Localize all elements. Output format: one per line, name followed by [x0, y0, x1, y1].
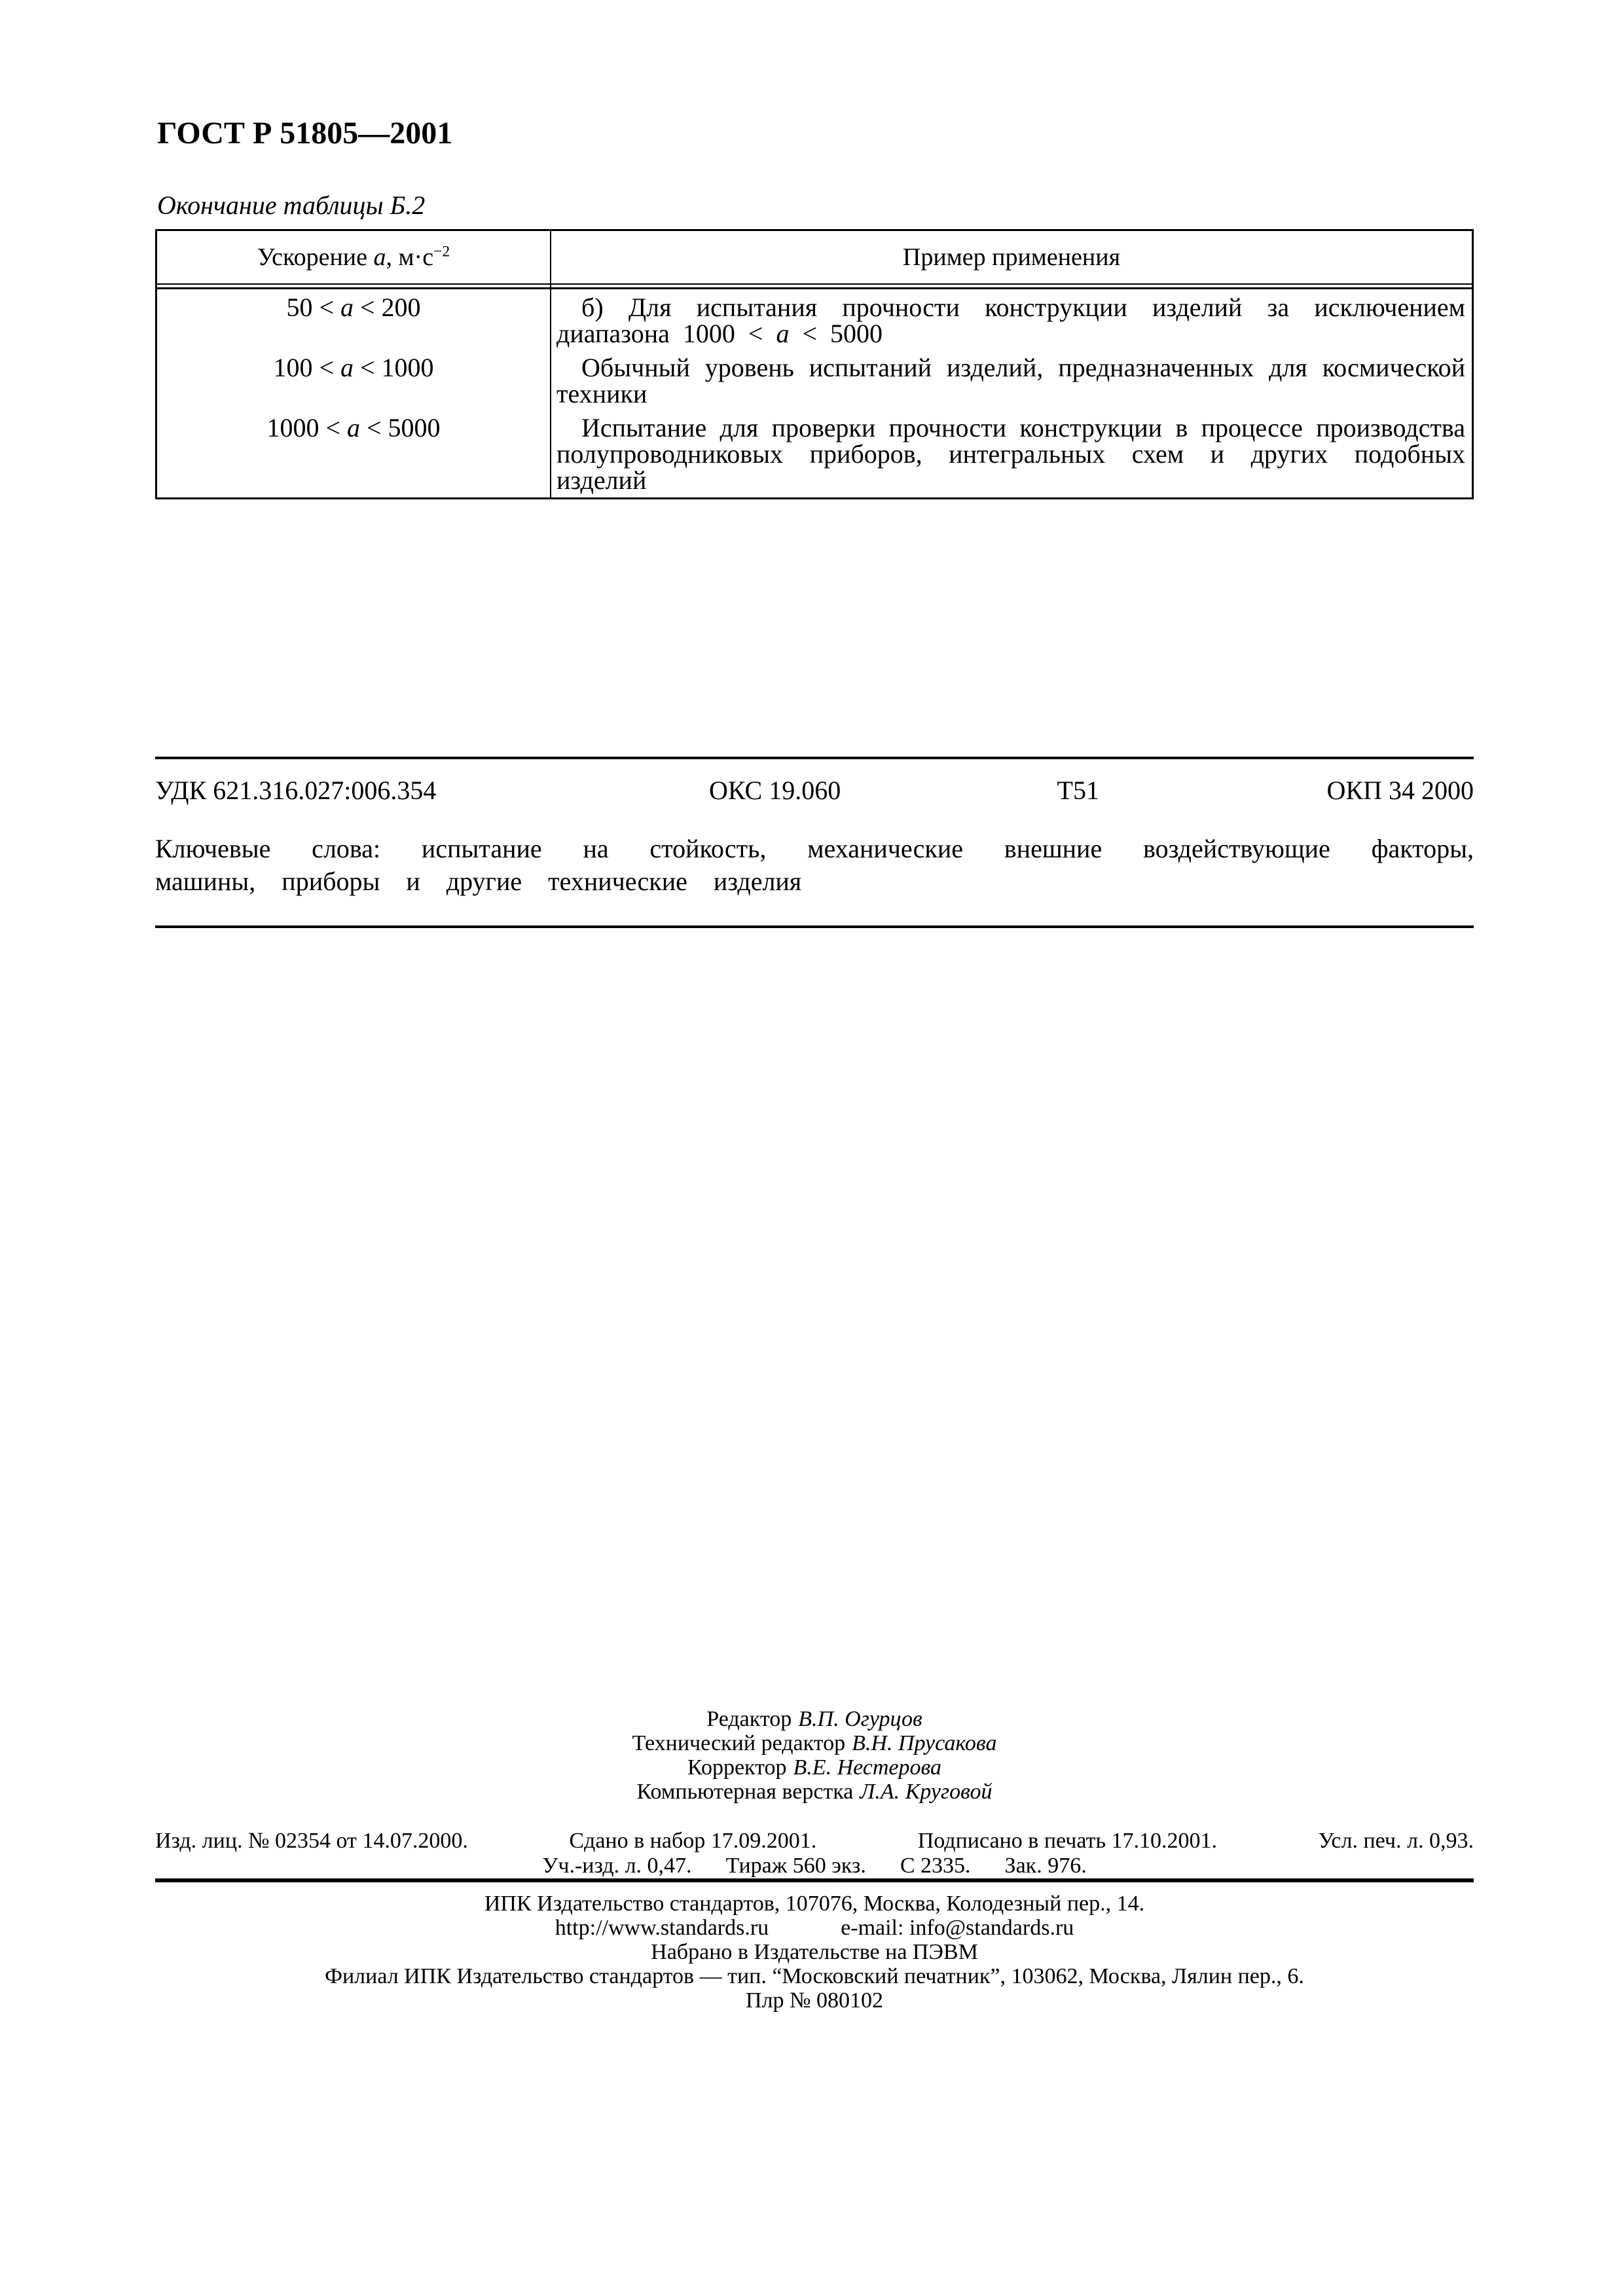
- publisher-address: ИПК Издательство стандартов, 107076, Мос…: [155, 1892, 1474, 1916]
- divider-line: [155, 757, 1474, 759]
- publisher-url: http://www.standards.ru: [555, 1916, 769, 1940]
- divider-line-thick: [155, 1878, 1474, 1882]
- header-double-rule: [157, 283, 1472, 289]
- credit-line: Компьютерная версткаЛ.А. Круговой: [155, 1780, 1474, 1804]
- credit-role: Технический редактор: [632, 1731, 846, 1755]
- table-caption: Окончание таблицы Б.2: [157, 190, 425, 221]
- publisher-branch: Филиал ИПК Издательство стандартов — тип…: [155, 1964, 1474, 1988]
- imprint-circulation: Тираж 560 экз.: [726, 1854, 866, 1878]
- credit-name: В.П. Огурцов: [798, 1707, 922, 1731]
- publisher-typeset-note: Набрано в Издательстве на ПЭВМ: [155, 1940, 1474, 1964]
- publisher-contacts: http://www.standards.ru e-mail: info@sta…: [155, 1916, 1474, 1940]
- credit-line: РедакторВ.П. Огурцов: [155, 1707, 1474, 1731]
- okp-code: ОКП 34 2000: [1210, 775, 1474, 806]
- classification-codes-row: УДК 621.316.027:006.354 ОКС 19.060 Т51 О…: [155, 775, 1474, 806]
- accel-value: 50 < a < 200: [157, 295, 550, 321]
- oks-code: ОКС 19.060: [604, 775, 947, 806]
- imprint-c-number: С 2335.: [900, 1854, 971, 1878]
- divider-line: [155, 925, 1474, 928]
- accel-header-unit: , м·с: [386, 243, 434, 271]
- accel-header-exponent: −2: [433, 243, 450, 260]
- imprint-pub-sheets: Уч.-изд. л. 0,47.: [542, 1854, 691, 1878]
- credit-line: КорректорВ.Е. Нестерова: [155, 1755, 1474, 1780]
- document-page: ГОСТ Р 51805—2001 Окончание таблицы Б.2 …: [0, 0, 1623, 2296]
- doc-code: ГОСТ Р 51805—2001: [157, 115, 452, 151]
- credit-name: В.Н. Прусакова: [852, 1731, 996, 1755]
- accel-header-text: Ускорение: [257, 243, 374, 271]
- imprint-license: Изд. лиц. № 02354 от 14.07.2000.: [155, 1829, 468, 1854]
- example-column-header: Пример применения: [550, 243, 1472, 272]
- accel-column-header: Ускорение a, м·с−2: [157, 243, 550, 272]
- imprint-order-number: Зак. 976.: [1005, 1854, 1087, 1878]
- credit-role: Компьютерная верстка: [637, 1780, 854, 1804]
- table-header-row: Ускорение a, м·с−2 Пример применения: [157, 231, 1472, 283]
- table-row: 100 < a < 1000 Обычный уровень испытаний…: [157, 355, 1472, 407]
- imprint-line-1: Изд. лиц. № 02354 от 14.07.2000. Сдано в…: [155, 1829, 1474, 1854]
- accel-header-var: a: [374, 243, 386, 271]
- table-inner: Ускорение a, м·с−2 Пример применения 50 …: [157, 231, 1472, 497]
- acceleration-table: Ускорение a, м·с−2 Пример применения 50 …: [155, 229, 1474, 499]
- column-divider-line: [550, 231, 551, 497]
- credit-role: Редактор: [706, 1707, 792, 1731]
- credit-line: Технический редакторВ.Н. Прусакова: [155, 1731, 1474, 1755]
- imprint-typeset-date: Сдано в набор 17.09.2001.: [569, 1829, 816, 1854]
- publisher-plr-number: Плр № 080102: [155, 1988, 1474, 2013]
- example-text: б) Для испытания прочности конструкции и…: [551, 295, 1472, 347]
- example-text: Обычный уровень испытаний изделий, предн…: [551, 355, 1472, 407]
- udk-code: УДК 621.316.027:006.354: [155, 775, 604, 806]
- imprint-print-date: Подписано в печать 17.10.2001.: [918, 1829, 1217, 1854]
- table-row: 50 < a < 200 б) Для испытания прочности …: [157, 295, 1472, 347]
- table-row: 1000 < a < 5000 Испытание для проверки п…: [157, 415, 1472, 493]
- table-body: 50 < a < 200 б) Для испытания прочности …: [157, 289, 1472, 497]
- publisher-block: ИПК Издательство стандартов, 107076, Мос…: [155, 1892, 1474, 2013]
- t-code: Т51: [946, 775, 1210, 806]
- credits-block: РедакторВ.П. Огурцов Технический редакто…: [155, 1707, 1474, 1804]
- credit-name: Л.А. Круговой: [860, 1780, 992, 1804]
- keywords-paragraph: Ключевые слова: испытание на стойкость, …: [155, 833, 1474, 898]
- accel-value: 1000 < a < 5000: [157, 415, 550, 441]
- publisher-email: e-mail: info@standards.ru: [841, 1916, 1074, 1940]
- credit-name: В.Е. Нестерова: [793, 1755, 942, 1780]
- imprint-line-2: Уч.-изд. л. 0,47. Тираж 560 экз. С 2335.…: [155, 1854, 1474, 1878]
- example-text: Испытание для проверки прочности констру…: [551, 415, 1472, 493]
- accel-value: 100 < a < 1000: [157, 355, 550, 381]
- imprint-print-sheets: Усл. печ. л. 0,93.: [1318, 1829, 1474, 1854]
- credit-role: Корректор: [687, 1755, 787, 1780]
